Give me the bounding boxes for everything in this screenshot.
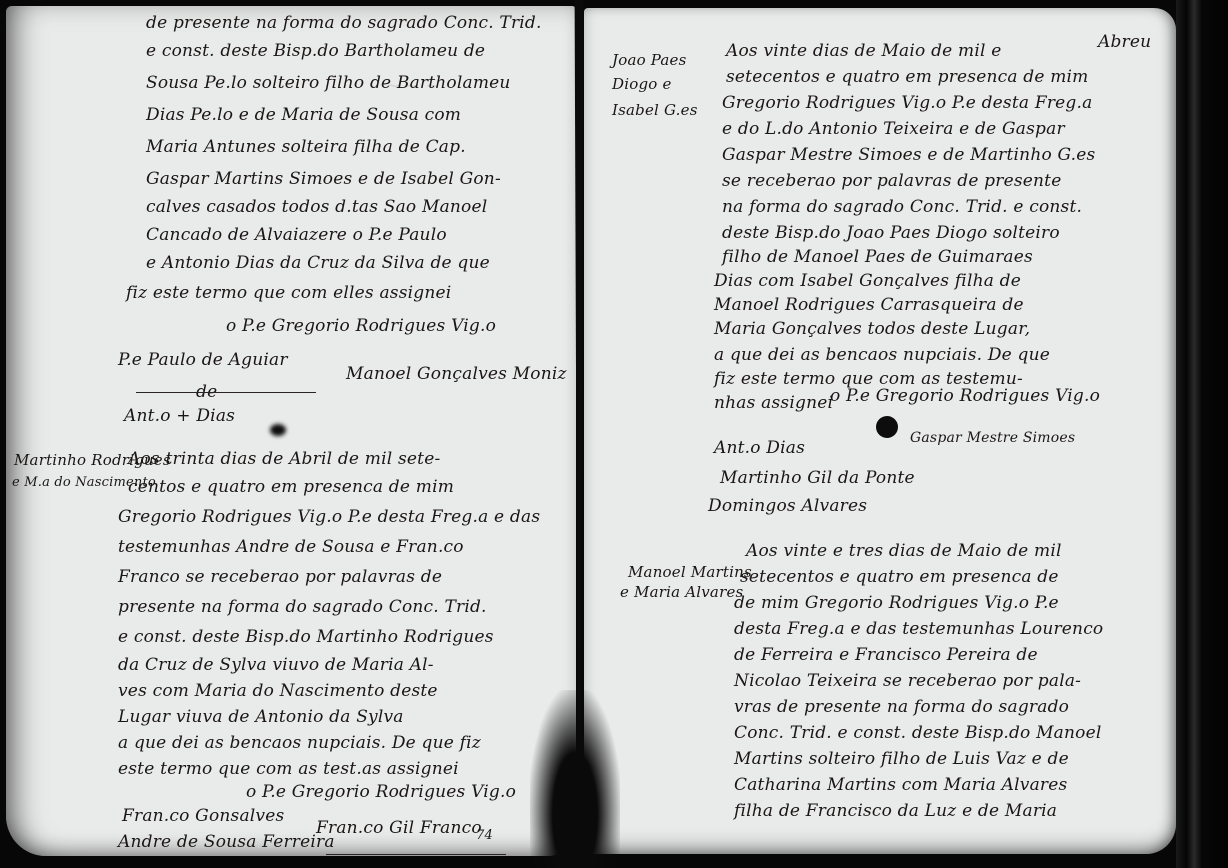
text-line: Franco se receberao por palavras de [118,564,442,591]
text-line: na forma do sagrado Conc. Trid. e const. [722,194,1082,221]
text-line: Gaspar Mestre Simoes e de Martinho G.es [722,142,1095,169]
text-line: centos e quatro em presenca de mim [128,474,454,501]
text-line: ves com Maria do Nascimento deste [118,678,438,705]
text-line: Lugar viuva de Antonio da Sylva [118,704,404,731]
signature-witness: Martinho Gil da Ponte [720,468,915,488]
page-header-word: Abreu [1098,32,1151,52]
text-line: da Cruz de Sylva viuvo de Maria Al- [118,652,434,679]
text-line: nhas assignei [714,390,833,417]
signature-mark: Ant.o + Dias [124,406,235,426]
text-line: Dias Pe.lo e de Maria de Sousa com [146,102,461,129]
signature-underline [326,854,506,855]
text-line: Cancado de Alvaiazere o P.e Paulo [146,222,447,249]
margin-note-line: Isabel G.es [612,100,698,121]
manuscript-spread: ~ ~ ~ de presente na forma do sagrado Co… [0,0,1228,868]
text-line: deste Bisp.do Joao Paes Diogo solteiro [722,220,1060,247]
signature-witness: Fran.co Gonsalves [122,806,284,826]
text-line: de presente na forma do sagrado Conc. Tr… [146,10,542,37]
signature-witness: Domingos Alvares [708,496,867,516]
gutter-shadow [530,690,620,868]
text-line: Martins solteiro filho de Luis Vaz e de [734,746,1069,773]
text-line: de Ferreira e Francisco Pereira de [734,642,1038,669]
margin-note-line: Joao Paes [612,50,687,71]
signature-vicar: o P.e Gregorio Rodrigues Vig.o [246,782,516,802]
text-line: filho de Manoel Paes de Guimaraes [722,244,1033,271]
signature-witness: Fran.co Gil Franco [316,818,482,838]
text-line: filha de Francisco da Luz e de Maria [734,798,1057,825]
text-line: calves casados todos d.tas Sao Manoel [146,194,487,221]
text-line: Gregorio Rodrigues Vig.o P.e desta Freg.… [722,90,1092,117]
text-line: de mim Gregorio Rodrigues Vig.o P.e [734,590,1059,617]
signature-witness: Andre de Sousa Ferreira [118,832,335,852]
text-line: se receberao por palavras de presente [722,168,1061,195]
text-line: testemunhas Andre de Sousa e Fran.co [118,534,464,561]
margin-note-line: Manoel Martins [628,562,752,583]
signature-witness: Gaspar Mestre Simoes [910,430,1075,446]
text-line: e Antonio Dias da Cruz da Silva de que [146,250,490,277]
text-line: a que dei as bencaos nupciais. De que [714,342,1050,369]
text-line: e do L.do Antonio Teixeira e de Gaspar [722,116,1065,143]
text-line: desta Freg.a e das testemunhas Lourenco [734,616,1103,643]
text-line: Nicolao Teixeira se receberao por pala- [734,668,1081,695]
page-stack-edge [1176,0,1228,868]
text-line: Conc. Trid. e const. deste Bisp.do Manoe… [734,720,1102,747]
signature-witness: Ant.o Dias [714,438,805,458]
text-line: Gaspar Martins Simoes e de Isabel Gon- [146,166,501,193]
text-line: fiz este termo que com elles assignei [126,280,451,307]
text-line: Maria Antunes solteira filha de Cap. [146,134,466,161]
text-line: e const. deste Bisp.do Martinho Rodrigue… [118,624,494,651]
right-page: Abreu Joao Paes Diogo e Isabel G.es Aos … [584,8,1176,854]
text-line: setecentos e quatro em presenca de [740,564,1059,591]
text-line: Aos vinte e tres dias de Maio de mil [746,538,1062,565]
text-line: Catharina Martins com Maria Alvares [734,772,1067,799]
folio-mark: 74 [476,828,493,843]
signature-witness: P.e Paulo de Aguiar [118,350,288,370]
text-line: e const. deste Bisp.do Bartholameu de [146,38,485,65]
text-line: vras de presente na forma do sagrado [734,694,1069,721]
text-line: presente na forma do sagrado Conc. Trid. [118,594,487,621]
text-line: Aos trinta dias de Abril de mil sete- [128,446,440,473]
text-line: Manoel Rodrigues Carrasqueira de [714,292,1024,319]
signature-witness: Manoel Gonçalves Moniz [346,364,567,384]
signature-underline [136,392,316,393]
text-line: Aos vinte dias de Maio de mil e [726,38,1001,65]
margin-note-line: e Maria Alvares [620,582,743,603]
text-line: Dias com Isabel Gonçalves filha de [714,268,1021,295]
text-line: Sousa Pe.lo solteiro filho de Bartholame… [146,70,511,97]
text-line: este termo que com as test.as assignei [118,756,459,783]
text-line: setecentos e quatro em presenca de mim [726,64,1089,91]
text-line: Gregorio Rodrigues Vig.o P.e desta Freg.… [118,504,540,531]
signature-vicar: o P.e Gregorio Rodrigues Vig.o [226,316,496,336]
margin-note-line: Diogo e [612,74,672,95]
ink-blot [876,416,898,438]
text-line: Maria Gonçalves todos deste Lugar, [714,316,1030,343]
text-line: a que dei as bencaos nupciais. De que fi… [118,730,481,757]
left-page: ~ ~ ~ de presente na forma do sagrado Co… [6,6,576,856]
signature-vicar: o P.e Gregorio Rodrigues Vig.o [830,386,1100,406]
ink-blot [270,424,286,436]
